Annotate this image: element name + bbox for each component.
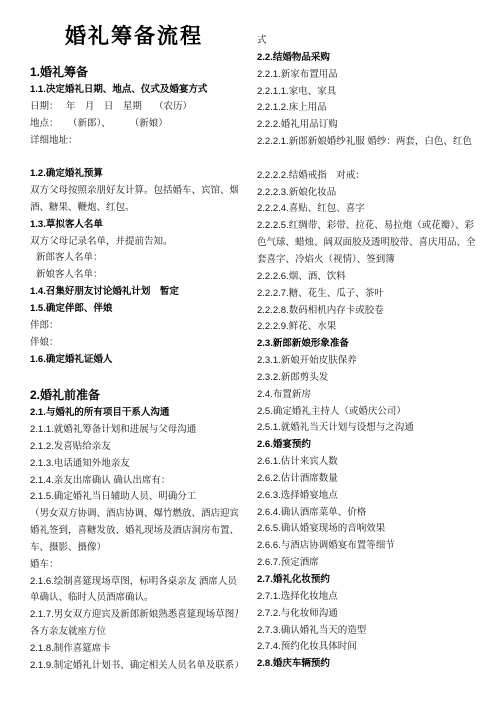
doc-line: 1.6.确定婚礼证婚人 [30, 352, 238, 369]
doc-line: 2.6.5.确认婚宴现场的音响效果 [257, 521, 485, 538]
doc-line: 2.7.3.确认婚礼当天的造型 [257, 623, 485, 640]
doc-line: 1.4.召集好朋友讨论婚礼计划 暂定 [30, 284, 238, 301]
doc-line: 2.2.1.1.家电、家具 [257, 84, 485, 101]
doc-line: 2.2.2.7.糖、花生、瓜子、茶叶 [257, 286, 485, 303]
doc-line: 2.1.1.就婚礼筹备计划和进展与父母沟通 [30, 422, 238, 439]
doc-line: 1.婚礼筹备 [30, 62, 238, 82]
doc-line: 2.2.2.8.数码相机内存卡或胶卷 [257, 303, 485, 320]
doc-line: 2.3.2.新郎剪头发 [257, 370, 485, 387]
doc-line [30, 368, 238, 385]
doc-line: 2.6.3.选择婚宴地点 [257, 488, 485, 505]
doc-line: 2.3.新郎新娘形象准备 [257, 336, 485, 353]
doc-line: 2.7.1.选择化妆地点 [257, 589, 485, 606]
doc-line: 2.8.婚庆车辆预约 [257, 656, 485, 673]
doc-line: 2.1.6.绘制喜筵现场草图，标明各桌亲友 酒席人员名 [30, 574, 238, 591]
doc-line: 2.2.1.新家布置用品 [257, 67, 485, 84]
doc-line: 双方父母按照亲朋好友计算。包括婚车、宾馆、烟、 [30, 183, 238, 200]
document-page: 婚礼筹备流程 1.婚礼筹备1.1.决定婚礼日期、地点、仪式及婚宴方式日期： 年 … [0, 0, 500, 707]
doc-line: 伴娘： [30, 335, 238, 352]
doc-line: 新郎客人名单： [30, 250, 238, 267]
doc-line [30, 149, 238, 166]
doc-line: 2.1.2.发喜贴给亲友 [30, 439, 238, 456]
doc-line: 2.婚礼前准备 [30, 385, 238, 405]
doc-line: 地点： （新郎）、 （新娘） [30, 116, 238, 133]
doc-line: 2.5.1.就婚礼当天计划与设想与之沟通 [257, 420, 485, 437]
doc-line: 2.1.7.男女双方迎宾及新郎新娘熟悉喜筵现场草图及 [30, 607, 238, 624]
doc-line: 2.2.2.2.结婚戒指 对戒： [257, 168, 485, 185]
doc-line: 2.6.2.估计酒席数量 [257, 471, 485, 488]
doc-line: 2.7.4.预约化妆具体时间 [257, 639, 485, 656]
doc-line: 2.3.1.新娘开始皮肤保养 [257, 353, 485, 370]
doc-line: 酒、糖果、鞭炮、红包。 [30, 200, 238, 217]
doc-line: 双方父母记录名单，并提前告知。 [30, 234, 238, 251]
right-column: 式2.2.结婚物品采购2.2.1.新家布置用品2.2.1.1.家电、家具2.2.… [257, 33, 485, 693]
doc-line: 婚礼签到，喜糖发放、婚礼现场及酒店洞房布置、婚 [30, 523, 238, 540]
doc-line: 2.5.确定婚礼主持人（或婚庆公司） [257, 404, 485, 421]
doc-line: 2.4.布置新房 [257, 387, 485, 404]
document-title: 婚礼筹备流程 [30, 20, 238, 50]
doc-line: 各方亲友就座方位 [30, 624, 238, 641]
doc-line: 2.1.5.确定婚礼当日辅助人员、明确分工 [30, 489, 238, 506]
doc-line: （男女双方协调、酒店协调、爆竹燃放、酒店迎宾、 [30, 506, 238, 523]
doc-line: 色气球、蜡烛、阔双面胶及透明胶带、喜庆用品、全 [257, 235, 485, 252]
doc-line: 2.2.2.1.新郎新娘婚纱礼服 婚纱：两套，白色、红色 [257, 134, 485, 151]
doc-line: 2.6.1.估计来宾人数 [257, 454, 485, 471]
doc-line: 2.1.与婚礼的所有项目干系人沟通 [30, 405, 238, 422]
doc-line: 2.6.7.预定酒席 [257, 555, 485, 572]
doc-line: 2.1.3.电话通知外地亲友 [30, 456, 238, 473]
doc-line: 1.1.决定婚礼日期、地点、仪式及婚宴方式 [30, 82, 238, 99]
doc-line: 2.2.结婚物品采购 [257, 50, 485, 67]
doc-line [257, 151, 485, 168]
doc-line: 2.6.4.确认酒席菜单、价格 [257, 505, 485, 522]
doc-line: 车、摄影、摄像） [30, 540, 238, 557]
doc-line: 2.2.1.2.床上用品 [257, 100, 485, 117]
doc-line: 2.7.婚礼化妆预约 [257, 572, 485, 589]
doc-line: 2.1.8.制作喜筵席卡 [30, 641, 238, 658]
doc-line: 2.2.2.9.鲜花、水果 [257, 319, 485, 336]
doc-line: 伴郎： [30, 318, 238, 335]
doc-line: 2.7.2.与化妆师沟通 [257, 606, 485, 623]
doc-line: 2.2.2.6.烟、酒、饮料 [257, 269, 485, 286]
doc-line: 2.6.婚宴预约 [257, 437, 485, 454]
doc-line: 2.2.2.婚礼用品订购 [257, 117, 485, 134]
doc-line: 2.1.4.亲友出席确认 确认出席有： [30, 473, 238, 490]
doc-line: 2.2.2.4.喜贴、红包、喜字 [257, 201, 485, 218]
doc-line: 式 [257, 33, 485, 50]
doc-line: 详细地址： [30, 133, 238, 150]
doc-line: 日期： 年 月 日 星期 （农历） [30, 99, 238, 116]
doc-line: 2.2.2.5.红绸带、彩带、拉花、易拉炮（或花瓣）、彩 [257, 218, 485, 235]
doc-line: 婚车： [30, 557, 238, 574]
doc-line: 新娘客人名单： [30, 267, 238, 284]
doc-line: 套喜字、冷焰火（视情）、签到簿 [257, 252, 485, 269]
doc-line: 单确认、临时人员酒席确认。 [30, 590, 238, 607]
doc-line: 1.5.确定伴郎、伴娘 [30, 301, 238, 318]
doc-line: 1.2.确定婚礼预算 [30, 166, 238, 183]
doc-line: 2.6.6.与酒店协调婚宴布置等细节 [257, 538, 485, 555]
doc-line: 1.3.草拟客人名单 [30, 217, 238, 234]
left-column: 1.婚礼筹备1.1.决定婚礼日期、地点、仪式及婚宴方式日期： 年 月 日 星期 … [30, 62, 238, 692]
doc-line: 2.2.2.3.新娘化妆品 [257, 185, 485, 202]
doc-line: 2.1.9.制定婚礼计划书、确定相关人员名单及联系方 [30, 658, 238, 675]
